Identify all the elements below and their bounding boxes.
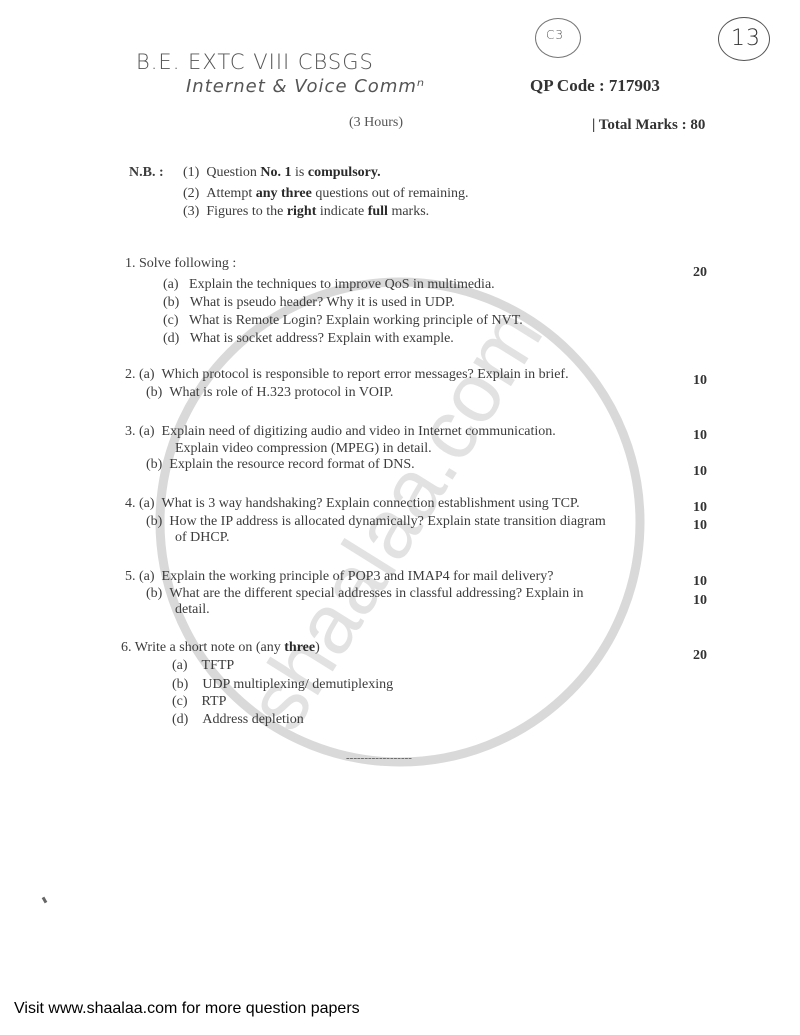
q3-part-a: 3. (a) Explain need of digitizing audio … — [125, 424, 556, 440]
duration: (3 Hours) — [349, 115, 403, 131]
q3-part-b: (b) Explain the resource record format o… — [146, 457, 415, 473]
q5-b-marks: 10 — [693, 593, 707, 609]
footer-link-text[interactable]: Visit www.shaalaa.com for more question … — [14, 1000, 360, 1018]
note-2: (2) Attempt any three questions out of r… — [183, 186, 469, 202]
q4-b-marks: 10 — [693, 518, 707, 534]
q3-part-a-cont: Explain video compression (MPEG) in deta… — [175, 441, 432, 457]
q2-part-a: 2. (a) Which protocol is responsible to … — [125, 367, 569, 383]
q6-part-c: (c) RTP — [172, 694, 226, 710]
note-1: (1) Question No. 1 is compulsory. — [183, 165, 381, 181]
handwritten-circle-small: C3 — [535, 18, 581, 58]
q1-title: 1. Solve following : — [125, 256, 236, 272]
q4-part-b-cont: of DHCP. — [175, 530, 229, 546]
q6-part-b: (b) UDP multiplexing/ demutiplexing — [172, 677, 393, 693]
q5-part-b-cont: detail. — [175, 602, 210, 618]
q5-part-b: (b) What are the different special addre… — [146, 586, 583, 602]
handwritten-subject: Internet & Voice Commⁿ — [186, 76, 425, 97]
q5-a-marks: 10 — [693, 574, 707, 590]
handwritten-course: B.E. EXTC VIII CBSGS — [136, 50, 374, 74]
q3-a-marks: 10 — [693, 428, 707, 444]
q1-part-c: (c) What is Remote Login? Explain workin… — [163, 313, 523, 329]
qp-code: QP Code : 717903 — [530, 76, 660, 96]
end-marker: ------------------ — [346, 752, 412, 764]
q2-a-marks: 10 — [693, 373, 707, 389]
q3-b-marks: 10 — [693, 464, 707, 480]
q4-part-b: (b) How the IP address is allocated dyna… — [146, 514, 606, 530]
q6-part-a: (a) TFTP — [172, 658, 234, 674]
q1-marks: 20 — [693, 265, 707, 281]
nb-label: N.B. : — [129, 165, 164, 181]
q1-part-d: (d) What is socket address? Explain with… — [163, 331, 454, 347]
q6-title: 6. Write a short note on (any three) — [121, 640, 320, 656]
q1-part-b: (b) What is pseudo header? Why it is use… — [163, 295, 455, 311]
q4-part-a: 4. (a) What is 3 way handshaking? Explai… — [125, 496, 580, 512]
q6-part-d: (d) Address depletion — [172, 712, 304, 728]
note-3: (3) Figures to the right indicate full m… — [183, 204, 429, 220]
total-marks: | Total Marks : 80 — [592, 117, 705, 134]
q5-part-a: 5. (a) Explain the working principle of … — [125, 569, 553, 585]
scan-speck — [42, 897, 48, 904]
q4-a-marks: 10 — [693, 500, 707, 516]
q6-marks: 20 — [693, 648, 707, 664]
handwritten-page-number: 13 — [718, 17, 770, 61]
q2-part-b: (b) What is role of H.323 protocol in VO… — [146, 385, 393, 401]
q1-part-a: (a) Explain the techniques to improve Qo… — [163, 277, 495, 293]
